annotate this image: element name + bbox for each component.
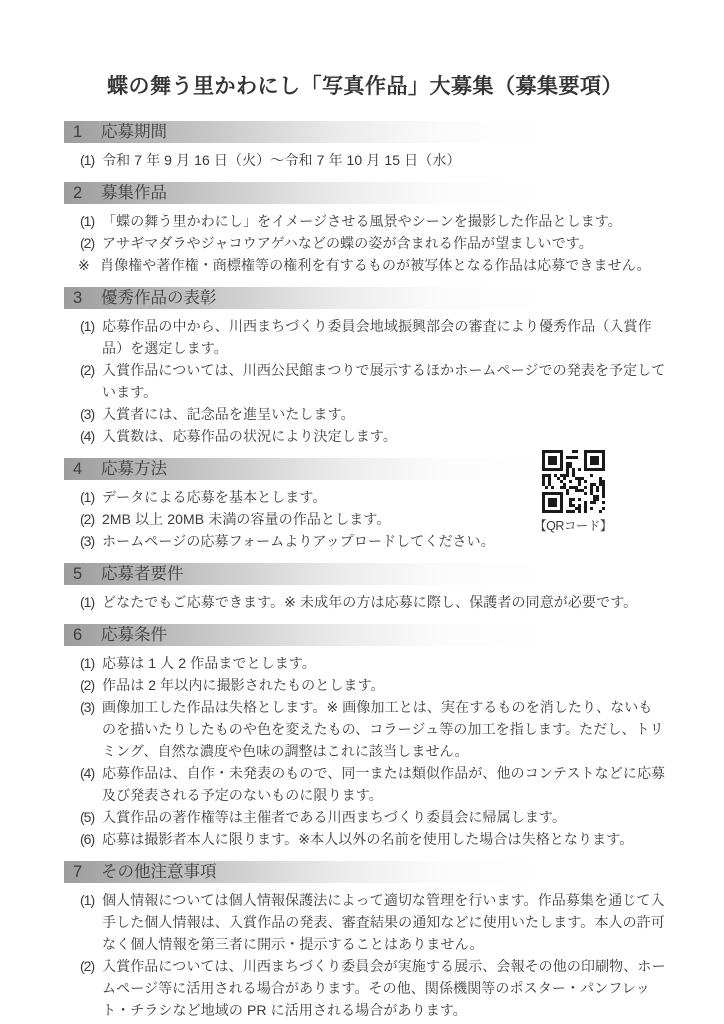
section-4: 4応募方法(1)データによる応募を基本とします。(2)2MB 以上 20MB 未…: [64, 458, 666, 552]
item-text: 入賞数は、応募作品の状況により決定します。: [102, 428, 397, 444]
item-text: 入賞作品については、川西公民館まつりで展示するほかホームページでの発表を予定して…: [102, 362, 665, 400]
list-item: (2)入賞作品については、川西公民館まつりで展示するほかホームページでの発表を予…: [64, 359, 666, 403]
item-text: どなたでもご応募できます。※ 未成年の方は応募に際し、保護者の同意が必要です。: [102, 594, 637, 610]
item-number: (1): [80, 486, 102, 508]
list-item: (4)応募作品は、自作・未発表のもので、同一または類似作品が、他のコンテストなど…: [64, 762, 666, 806]
section-number: 4: [73, 458, 101, 480]
section-title: 募集作品: [101, 184, 167, 202]
section-number: 6: [73, 624, 101, 646]
qr-code-label: 【QRコード】: [534, 516, 612, 534]
section-number: 7: [73, 861, 101, 883]
item-number: (5): [80, 806, 102, 828]
item-number: (1): [80, 210, 102, 232]
section-header: 2募集作品: [64, 182, 544, 204]
section-title: 応募期間: [101, 123, 167, 141]
sections-container: 1応募期間(1)令和 7 年 9 月 16 日（火）～令和 7 年 10 月 1…: [64, 121, 666, 1021]
section-header: 5応募者要件: [64, 563, 544, 585]
item-text: データによる応募を基本とします。: [102, 489, 326, 505]
qr-block: 【QRコード】: [534, 450, 612, 534]
list-item: (6)応募は撮影者本人に限ります。※本人以外の名前を使用した場合は失格となります…: [64, 828, 666, 850]
section-title: 応募条件: [101, 626, 167, 644]
section-header: 1応募期間: [64, 121, 544, 143]
item-text: 肖像権や著作権・商標権等の権利を有するものが被写体となる作品は応募できません。: [100, 257, 651, 273]
section-5: 5応募者要件(1)どなたでもご応募できます。※ 未成年の方は応募に際し、保護者の…: [64, 563, 666, 613]
section-title: 優秀作品の表彰: [101, 289, 217, 307]
item-text: 応募作品は、自作・未発表のもので、同一または類似作品が、他のコンテストなどに応募…: [102, 765, 665, 803]
section-number: 2: [73, 182, 101, 204]
list-item: (5)入賞作品の著作権等は主催者である川西まちづくり委員会に帰属します。: [64, 806, 666, 828]
item-text: 画像加工した作品は失格とします。※ 画像加工とは、実在するものを消したり、ないも…: [102, 699, 664, 759]
list-item: (1)令和 7 年 9 月 16 日（火）～令和 7 年 10 月 15 日（水…: [64, 149, 666, 171]
item-number: (3): [80, 696, 102, 718]
item-text: 応募作品の中から、川西まちづくり委員会地域振興部会の審査により優秀作品（入賞作品…: [102, 318, 652, 356]
item-number: (2): [80, 674, 102, 696]
section-number: 3: [73, 287, 101, 309]
section-body: (1)応募は 1 人 2 作品までとします。(2)作品は 2 年以内に撮影された…: [64, 652, 666, 850]
page-title: 蝶の舞う里かわにし「写真作品」大募集（募集要項）: [64, 70, 666, 100]
list-item: (2)アサギマダラやジャコウアゲハなどの蝶の姿が含まれる作品が望ましいです。: [64, 232, 666, 254]
item-number: (1): [80, 315, 102, 337]
list-item: (1)どなたでもご応募できます。※ 未成年の方は応募に際し、保護者の同意が必要で…: [64, 591, 666, 613]
item-number: (2): [80, 359, 102, 381]
section-body: (1)令和 7 年 9 月 16 日（火）～令和 7 年 10 月 15 日（水…: [64, 149, 666, 171]
section-header: 7その他注意事項: [64, 861, 544, 883]
item-text: ホームページの応募フォームよりアップロードしてください。: [102, 533, 495, 549]
item-text: 作品は 2 年以内に撮影されたものとします。: [102, 677, 385, 693]
list-item: (3)画像加工した作品は失格とします。※ 画像加工とは、実在するものを消したり、…: [64, 696, 666, 762]
item-number: (1): [80, 889, 102, 911]
item-text: 「蝶の舞う里かわにし」をイメージさせる風景やシーンを撮影した作品とします。: [102, 213, 622, 229]
list-item: (1)個人情報については個人情報保護法によって適切な管理を行います。作品募集を通…: [64, 889, 666, 955]
section-1: 1応募期間(1)令和 7 年 9 月 16 日（火）～令和 7 年 10 月 1…: [64, 121, 666, 171]
section-body: (1)個人情報については個人情報保護法によって適切な管理を行います。作品募集を通…: [64, 889, 666, 1021]
item-number: (6): [80, 828, 102, 850]
item-text: 2MB 以上 20MB 未満の容量の作品とします。: [102, 511, 390, 527]
section-body: (1)「蝶の舞う里かわにし」をイメージさせる風景やシーンを撮影した作品とします。…: [64, 210, 666, 276]
item-number: (4): [80, 425, 102, 447]
list-item: (3)入賞者には、記念品を進呈いたします。: [64, 403, 666, 425]
section-7: 7その他注意事項(1)個人情報については個人情報保護法によって適切な管理を行いま…: [64, 861, 666, 1021]
list-item: (2)作品は 2 年以内に撮影されたものとします。: [64, 674, 666, 696]
section-number: 5: [73, 563, 101, 585]
section-6: 6応募条件(1)応募は 1 人 2 作品までとします。(2)作品は 2 年以内に…: [64, 624, 666, 850]
section-body: (1)どなたでもご応募できます。※ 未成年の方は応募に際し、保護者の同意が必要で…: [64, 591, 666, 613]
item-text: 入賞作品については、川西まちづくり委員会が実施する展示、会報その他の印刷物、ホー…: [102, 958, 666, 1018]
list-item: (1)応募作品の中から、川西まちづくり委員会地域振興部会の審査により優秀作品（入…: [64, 315, 666, 359]
item-number: (2): [80, 232, 102, 254]
item-text: 応募は撮影者本人に限ります。※本人以外の名前を使用した場合は失格となります。: [102, 831, 633, 847]
list-item: ※肖像権や著作権・商標権等の権利を有するものが被写体となる作品は応募できません。: [64, 254, 666, 276]
item-number: (4): [80, 762, 102, 784]
item-text: 入賞者には、記念品を進呈いたします。: [102, 406, 355, 422]
item-number: (1): [80, 149, 102, 171]
item-number: (2): [80, 508, 102, 530]
document-page: 蝶の舞う里かわにし「写真作品」大募集（募集要項） 1応募期間(1)令和 7 年 …: [0, 0, 724, 1024]
item-number: (2): [80, 955, 102, 977]
section-title: その他注意事項: [101, 863, 217, 881]
item-number: (3): [80, 403, 102, 425]
item-number: (1): [80, 652, 102, 674]
list-item: (1)「蝶の舞う里かわにし」をイメージさせる風景やシーンを撮影した作品とします。: [64, 210, 666, 232]
item-text: 令和 7 年 9 月 16 日（火）～令和 7 年 10 月 15 日（水）: [102, 152, 461, 168]
section-header: 4応募方法: [64, 458, 544, 480]
section-2: 2募集作品(1)「蝶の舞う里かわにし」をイメージさせる風景やシーンを撮影した作品…: [64, 182, 666, 276]
section-header: 6応募条件: [64, 624, 544, 646]
section-header: 3優秀作品の表彰: [64, 287, 544, 309]
section-title: 応募方法: [101, 460, 167, 478]
item-number: (3): [80, 530, 102, 552]
item-text: 個人情報については個人情報保護法によって適切な管理を行います。作品募集を通じて入…: [102, 892, 665, 952]
section-body: (1)応募作品の中から、川西まちづくり委員会地域振興部会の審査により優秀作品（入…: [64, 315, 666, 447]
section-title: 応募者要件: [101, 565, 184, 583]
item-number: ※: [78, 254, 100, 276]
section-3: 3優秀作品の表彰(1)応募作品の中から、川西まちづくり委員会地域振興部会の審査に…: [64, 287, 666, 447]
item-text: アサギマダラやジャコウアゲハなどの蝶の姿が含まれる作品が望ましいです。: [102, 235, 593, 251]
item-number: (1): [80, 591, 102, 613]
item-text: 応募は 1 人 2 作品までとします。: [102, 655, 316, 671]
list-item: (4)入賞数は、応募作品の状況により決定します。: [64, 425, 666, 447]
item-text: 入賞作品の著作権等は主催者である川西まちづくり委員会に帰属します。: [102, 809, 566, 825]
list-item: (2)入賞作品については、川西まちづくり委員会が実施する展示、会報その他の印刷物…: [64, 955, 666, 1021]
qr-code-icon: [542, 450, 605, 513]
section-number: 1: [73, 121, 101, 143]
list-item: (1)応募は 1 人 2 作品までとします。: [64, 652, 666, 674]
